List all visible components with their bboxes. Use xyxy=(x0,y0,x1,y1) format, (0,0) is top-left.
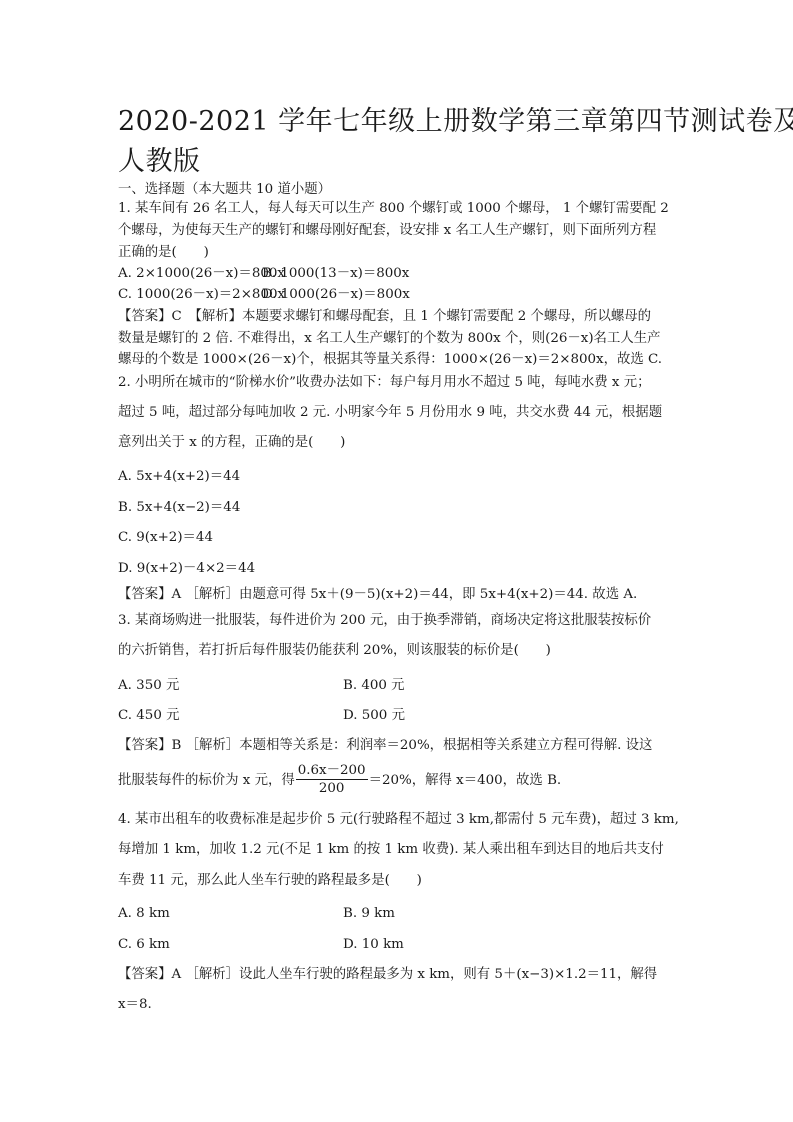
option-c: C. 9(x+2)＝44 xyxy=(118,530,213,546)
answer-text: 【答案】C 【解析】本题要求螺钉和螺母配套，且 1 个螺钉需要配 2 个螺母，所… xyxy=(118,309,651,325)
option-d: D. 9(x+2)－4×2＝44 xyxy=(118,561,255,577)
answer-text: ＝20%，解得 x＝400，故选 B. xyxy=(369,773,562,788)
option-a: A. 350 元 xyxy=(118,678,179,694)
option-c: C. 1000(26－x)＝2×800x xyxy=(118,287,285,303)
option-b: B. 5x+4(x−2)＝44 xyxy=(118,500,240,516)
question-text: 车费 11 元，那么此人坐车行驶的路程最多是( ) xyxy=(118,873,422,889)
question-text: 个螺母，为使每天生产的螺钉和螺母刚好配套，设安排 x 名工人生产螺钉，则下面所列… xyxy=(118,223,656,239)
question-text: 正确的是( ) xyxy=(118,245,209,261)
option-a: A. 2×1000(26－x)＝800x xyxy=(118,266,285,282)
question-text: 每增加 1 km，加收 1.2 元(不足 1 km 的按 1 km 收费). 某… xyxy=(118,842,664,858)
option-c: C. 450 元 xyxy=(118,708,180,724)
document-page: 2020-2021 学年七年级上册数学第三章第四节测试卷及答案 人教版 一、选择… xyxy=(0,0,793,1122)
section-heading: 一、选择题（本大题共 10 道小题） xyxy=(118,182,331,198)
fraction: 0.6x－200200 xyxy=(296,763,368,798)
document-title-line1: 2020-2021 学年七年级上册数学第三章第四节测试卷及答案 xyxy=(118,108,698,135)
answer-text: 数量是螺钉的 2 倍. 不难得出，x 名工人生产螺钉的个数为 800x 个，则(… xyxy=(118,331,661,347)
document-title-line2: 人教版 xyxy=(118,148,698,175)
option-a: A. 8 km xyxy=(118,906,170,922)
question-text: 4. 某市出租车的收费标准是起步价 5 元(行驶路程不超过 3 km,都需付 5… xyxy=(118,812,679,828)
option-d: D. 1000(26－x)＝800x xyxy=(262,287,410,303)
answer-text: 【答案】A ［解析］设此人坐车行驶的路程最多为 x km，则有 5＋(x−3)×… xyxy=(118,967,657,983)
question-text: 3. 某商场购进一批服装，每件进价为 200 元，由于换季滞销，商场决定将这批服… xyxy=(118,613,651,629)
option-b: B. 1000(13－x)＝800x xyxy=(262,266,409,282)
fraction-numerator: 0.6x－200 xyxy=(296,763,368,780)
question-text: 1. 某车间有 26 名工人，每人每天可以生产 800 个螺钉或 1000 个螺… xyxy=(118,201,669,217)
question-text: 超过 5 吨，超过部分每吨加收 2 元. 小明家今年 5 月份用水 9 吨，共交… xyxy=(118,405,662,421)
answer-text-with-fraction: 批服装每件的标价为 x 元，得0.6x－200200＝20%，解得 x＝400，… xyxy=(118,763,561,798)
option-c: C. 6 km xyxy=(118,937,170,953)
option-d: D. 10 km xyxy=(343,937,404,953)
option-a: A. 5x+4(x+2)＝44 xyxy=(118,469,240,485)
answer-text: 【答案】A ［解析］由题意可得 5x＋(9－5)(x+2)＝44，即 5x+4(… xyxy=(118,587,637,603)
answer-text: 批服装每件的标价为 x 元，得 xyxy=(118,773,295,788)
question-text: 意列出关于 x 的方程，正确的是( ) xyxy=(118,435,345,451)
answer-text: 【答案】B ［解析］本题相等关系是：利润率＝20%，根据相等关系建立方程可得解.… xyxy=(118,738,652,754)
answer-text: 螺母的个数是 1000×(26－x)个，根据其等量关系得：1000×(26－x)… xyxy=(118,352,662,368)
fraction-denominator: 200 xyxy=(296,780,368,798)
question-text: 的六折销售，若打折后每件服装仍能获利 20%，则该服装的标价是( ) xyxy=(118,643,551,659)
option-b: B. 400 元 xyxy=(343,678,405,694)
question-text: 2. 小明所在城市的“阶梯水价”收费办法如下：每户每月用水不超过 5 吨，每吨水… xyxy=(118,375,651,391)
option-d: D. 500 元 xyxy=(343,708,405,724)
option-b: B. 9 km xyxy=(343,906,395,922)
answer-text: x＝8. xyxy=(118,997,152,1013)
